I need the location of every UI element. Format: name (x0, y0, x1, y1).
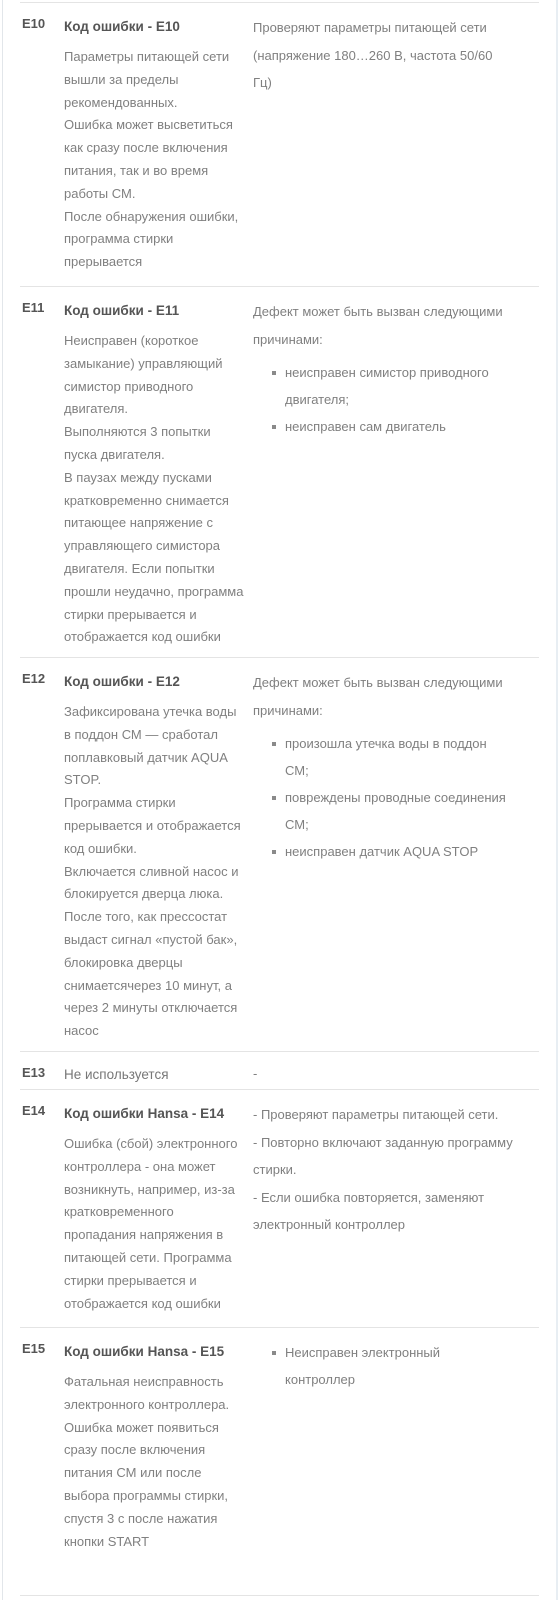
error-description: Код ошибки Hansa - E14Ошибка (сбой) элек… (64, 1103, 254, 1315)
error-description-text: Параметры питающей сетивышли за пределыр… (64, 46, 254, 274)
error-title: Не используется (64, 1064, 254, 1086)
repair-text-line: - Если ошибка повторяется, заменяют (253, 1184, 523, 1212)
cause-list-item: произошла утечка воды в поддонСМ; (285, 730, 523, 784)
repair-instructions: - (253, 1060, 523, 1088)
error-description-text: Ошибка (сбой) электронногоконтроллера - … (64, 1133, 254, 1315)
repair-text-line: причинами: (253, 697, 523, 725)
error-code: E15 (22, 1341, 45, 1356)
repair-text-line: - (253, 1060, 523, 1088)
table-bottom-border (20, 1595, 539, 1596)
table-row: E10Код ошибки - E10Параметры питающей се… (20, 2, 539, 3)
repair-instructions: - Проверяют параметры питающей сети.- По… (253, 1101, 523, 1239)
error-title: Код ошибки - E10 (64, 16, 254, 38)
error-code: E13 (22, 1065, 45, 1080)
table-row: E11Код ошибки - E11Неисправен (короткоез… (20, 286, 539, 287)
error-description-text: Зафиксирована утечка водыв поддон СМ — с… (64, 701, 254, 1043)
error-title: Код ошибки - E12 (64, 671, 254, 693)
cause-list: Неисправен электронныйконтроллер (253, 1339, 523, 1393)
repair-text-line: Гц) (253, 69, 523, 97)
cause-list: неисправен симистор приводногодвигателя;… (253, 359, 523, 440)
repair-instructions: Проверяют параметры питающей сети(напряж… (253, 14, 523, 97)
repair-instructions: Дефект может быть вызван следующимипричи… (253, 669, 523, 865)
cause-list: произошла утечка воды в поддонСМ;поврежд… (253, 730, 523, 865)
error-description: Код ошибки Hansa - E15Фатальная неисправ… (64, 1341, 254, 1553)
repair-text-line: Дефект может быть вызван следующими (253, 669, 523, 697)
error-description: Код ошибки - E12Зафиксирована утечка вод… (64, 671, 254, 1043)
table-row: E13Не используется- (20, 1051, 539, 1052)
repair-text-line: электронный контроллер (253, 1211, 523, 1239)
repair-text-line: причинами: (253, 326, 523, 354)
table-row: E14Код ошибки Hansa - E14Ошибка (сбой) э… (20, 1089, 539, 1090)
repair-text-line: (напряжение 180…260 В, частота 50/60 (253, 42, 523, 70)
cause-list-item: неисправен симистор приводногодвигателя; (285, 359, 523, 413)
table-row: E12Код ошибки - E12Зафиксирована утечка … (20, 657, 539, 658)
cause-list-item: Неисправен электронныйконтроллер (285, 1339, 523, 1393)
repair-instructions: Дефект может быть вызван следующимипричи… (253, 298, 523, 440)
error-description: Код ошибки - E10Параметры питающей сетив… (64, 16, 254, 274)
repair-text-line: Дефект может быть вызван следующими (253, 298, 523, 326)
error-description: Код ошибки - E11Неисправен (короткоезамы… (64, 300, 254, 649)
repair-text-line: стирки. (253, 1156, 523, 1184)
error-code: E12 (22, 671, 45, 686)
repair-text-line: Проверяют параметры питающей сети (253, 14, 523, 42)
error-code: E14 (22, 1103, 45, 1118)
error-code: E11 (22, 300, 44, 315)
cause-list-item: повреждены проводные соединенияСМ; (285, 784, 523, 838)
page-frame-right-border (556, 0, 558, 1600)
cause-list-item: неисправен сам двигатель (285, 413, 523, 440)
error-title: Код ошибки Hansa - E15 (64, 1341, 254, 1363)
page-frame-left-border (2, 0, 3, 1600)
error-title: Код ошибки Hansa - E14 (64, 1103, 254, 1125)
error-description-text: Фатальная неисправностьэлектронного конт… (64, 1371, 254, 1553)
repair-instructions: Неисправен электронныйконтроллер (253, 1339, 523, 1393)
repair-text-line: - Повторно включают заданную программу (253, 1129, 523, 1157)
table-row: E15Код ошибки Hansa - E15Фатальная неисп… (20, 1327, 539, 1328)
cause-list-item: неисправен датчик AQUA STOP (285, 838, 523, 865)
error-code: E10 (22, 16, 45, 31)
error-description-text: Неисправен (короткоезамыкание) управляющ… (64, 330, 254, 649)
repair-text-line: - Проверяют параметры питающей сети. (253, 1101, 523, 1129)
error-title: Код ошибки - E11 (64, 300, 254, 322)
